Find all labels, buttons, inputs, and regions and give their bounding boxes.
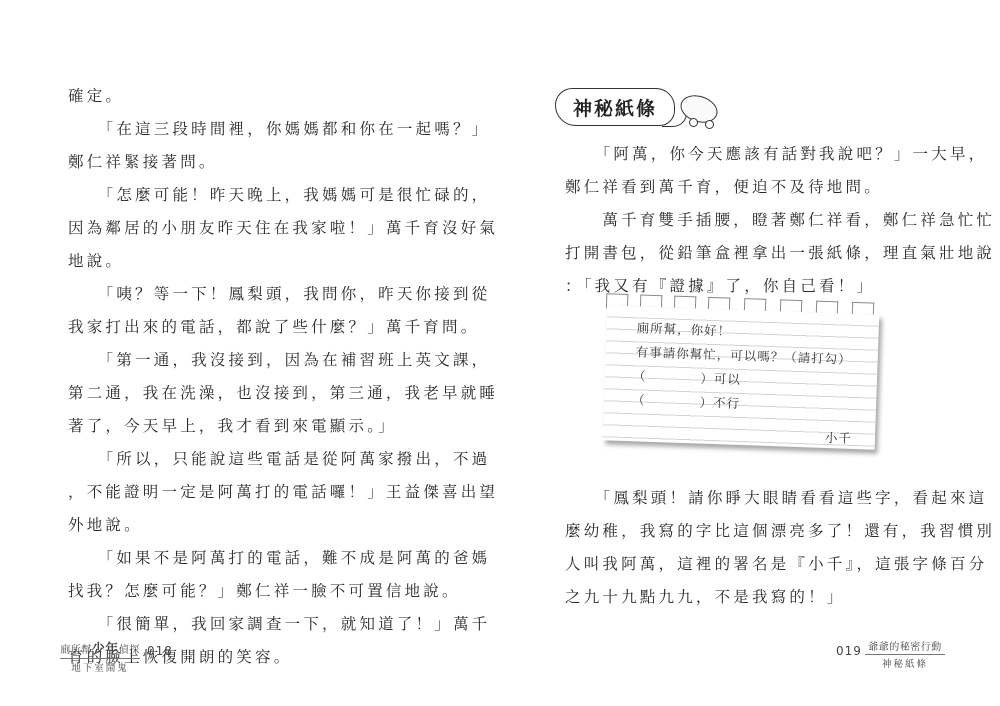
footer-divider <box>865 654 945 655</box>
left-footer: 廁所幫少年偵探 地下室鬧鬼 <box>60 638 140 674</box>
book-subtitle: 地下室鬧鬼 <box>60 660 140 674</box>
text-line: 找我？怎麼可能？」鄭仁祥一臉不可置信地說。 <box>68 575 498 608</box>
note-signature: 小千 <box>825 428 853 447</box>
text-line: 「第一通，我沒接到，因為在補習班上英文課， <box>68 344 498 377</box>
text-line: 地說。 <box>68 245 498 278</box>
creature-foot <box>705 120 714 129</box>
body-text-right-top: 「阿萬，你今天應該有話對我說吧？」一大早， 鄭仁祥看到萬千育，便迫不及待地問。 … <box>565 138 995 303</box>
body-text-left: 確定。 「在這三段時間裡，你媽媽都和你在一起嗎？」 鄭仁祥緊接著問。 「怎麼可能… <box>68 80 498 674</box>
note-greeting: 廁所幫，你好！ <box>636 318 731 339</box>
text-line: 確定。 <box>68 80 498 113</box>
chapter-title: 爺爺的秘密行動 <box>865 638 945 653</box>
creature-foot <box>689 118 698 127</box>
text-line: 我家打出來的電話，都說了些什麼？」萬千育問。 <box>68 311 498 344</box>
right-footer: 爺爺的秘密行動 神秘紙條 <box>865 638 945 670</box>
body-text-right-bottom: 「鳳梨頭！請你睜大眼睛看看這些字，看起來這 麼幼稚，我寫的字比這個漂亮多了！還有… <box>565 482 995 614</box>
note-question: 有事請你幫忙，可以嗎？（請打勾） <box>636 342 853 368</box>
note-option-no: （ ）不行 <box>632 390 741 412</box>
text-line: 鄭仁祥看到萬千育，便迫不及待地問。 <box>565 171 995 204</box>
text-line: 因為鄰居的小朋友昨天住在我家啦！」萬千育沒好氣 <box>68 212 498 245</box>
text-line: 鄭仁祥緊接著問。 <box>68 146 498 179</box>
text-line: 人叫我阿萬，這裡的署名是『小千』，這張字條百分 <box>565 548 995 581</box>
text-line: 「咦？等一下！鳳梨頭，我問你，昨天你接到從 <box>68 278 498 311</box>
text-line: ，不能證明一定是阿萬打的電話囉！」王益傑喜出望 <box>68 476 498 509</box>
left-page: 確定。 「在這三段時間裡，你媽媽都和你在一起嗎？」 鄭仁祥緊接著問。 「怎麼可能… <box>0 0 500 706</box>
text-line: 之九十九點九九，不是我寫的！」 <box>565 581 995 614</box>
text-line: 「鳳梨頭！請你睜大眼睛看看這些字，看起來這 <box>565 482 995 515</box>
section-title: 神秘紙條 <box>573 94 657 121</box>
text-line: 「如果不是阿萬打的電話，難不成是阿萬的爸媽 <box>68 542 498 575</box>
footer-divider <box>60 658 140 659</box>
text-line: 「阿萬，你今天應該有話對我說吧？」一大早， <box>565 138 995 171</box>
text-line: 麼幼稚，我寫的字比這個漂亮多了！還有，我習慣別 <box>565 515 995 548</box>
handwritten-note-illustration: 廁所幫，你好！ 有事請你幫忙，可以嗎？（請打勾） （ ）可以 （ ）不行 小千 <box>603 305 880 449</box>
text-line: 「怎麼可能！昨天晚上，我媽媽可是很忙碌的， <box>68 179 498 212</box>
text-line: 外地說。 <box>68 509 498 542</box>
text-line: 第二通，我在洗澡，也沒接到，第三通，我老早就睡 <box>68 377 498 410</box>
text-line: 「很簡單，我回家調查一下，就知道了！」萬千 <box>68 608 498 641</box>
page-number-left: 018 <box>147 644 173 658</box>
text-line: 「所以，只能說這些電話是從阿萬家撥出，不過 <box>68 443 498 476</box>
text-line: 著了，今天早上，我才看到來電顯示。」 <box>68 410 498 443</box>
series-title: 廁所幫少年偵探 <box>60 638 140 657</box>
page-number-right: 019 <box>836 644 862 658</box>
section-subtitle: 神秘紙條 <box>865 656 945 670</box>
note-option-yes: （ ）可以 <box>633 366 742 388</box>
text-line: 打開書包，從鉛筆盒裡拿出一張紙條，理直氣壯地說 <box>565 237 995 270</box>
section-title-bubble: 神秘紙條 <box>555 88 675 126</box>
text-line: 「在這三段時間裡，你媽媽都和你在一起嗎？」 <box>68 113 498 146</box>
text-line: 萬千育雙手插腰，瞪著鄭仁祥看，鄭仁祥急忙忙 <box>565 204 995 237</box>
